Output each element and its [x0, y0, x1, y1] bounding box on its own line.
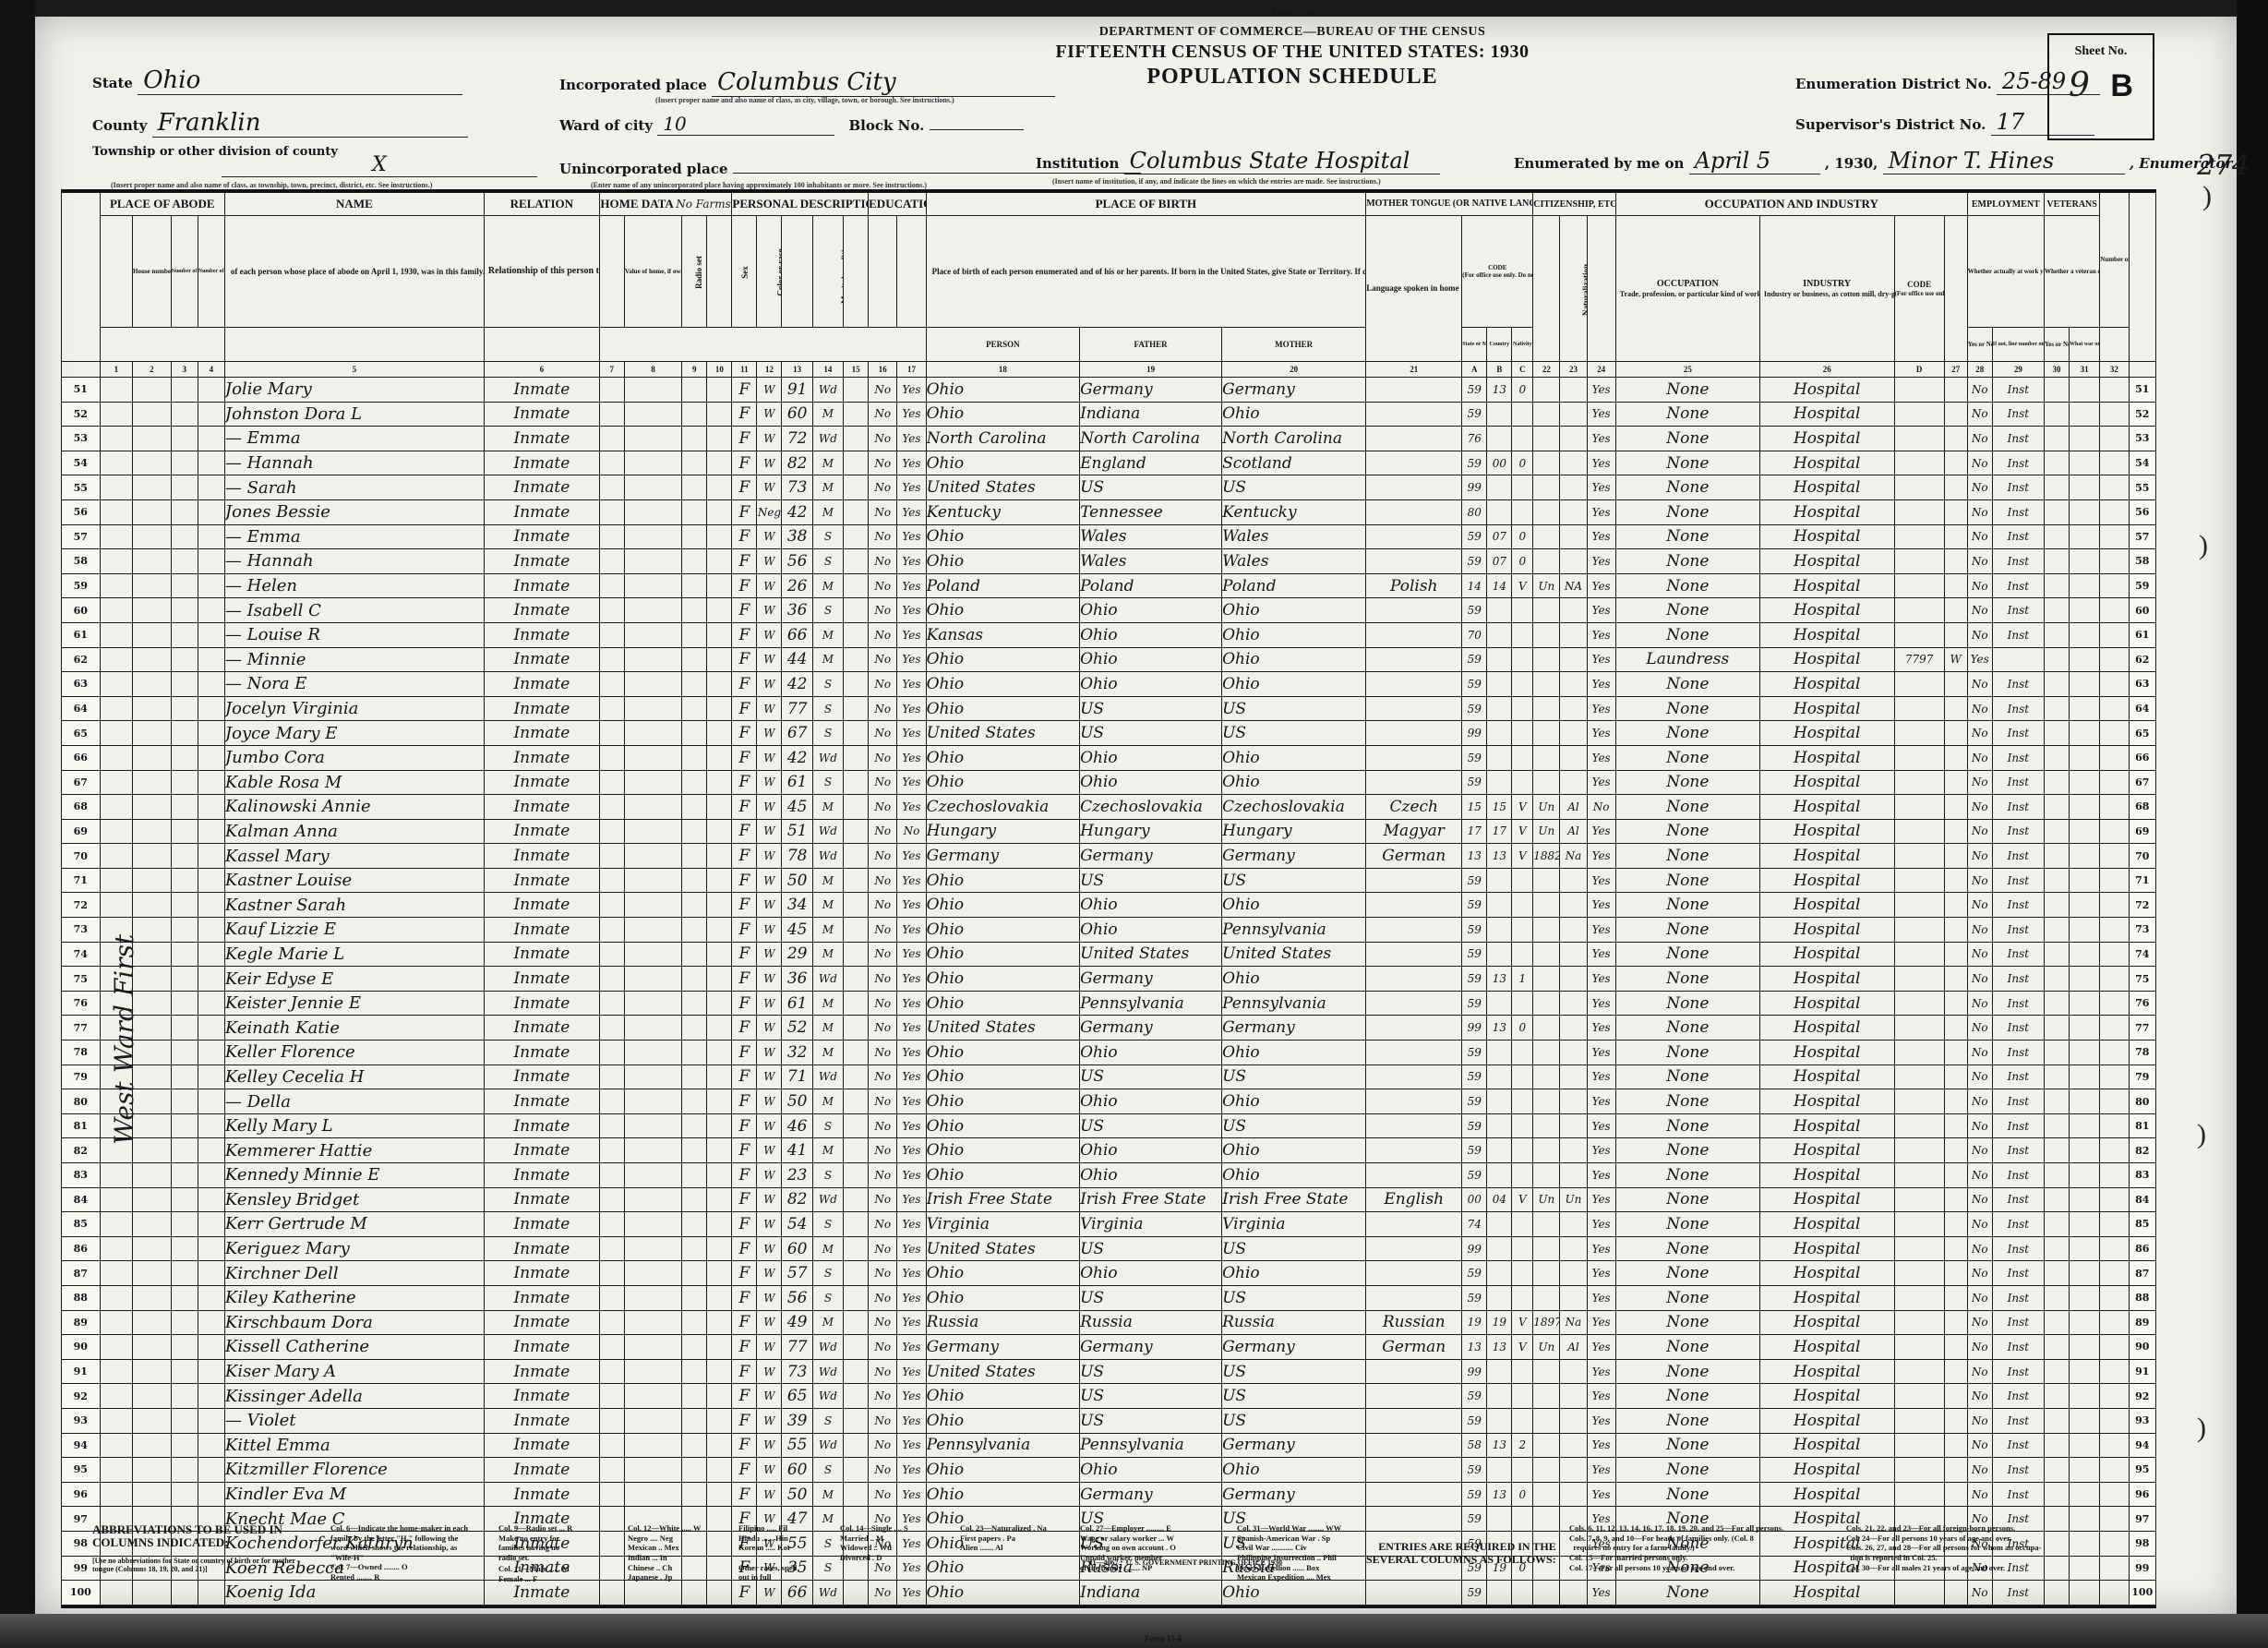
at-work-cell: No	[1967, 451, 1992, 475]
naturalization-cell	[1560, 475, 1587, 500]
naturalization-cell	[1560, 1163, 1587, 1188]
office-code-cell	[1894, 1187, 1944, 1212]
war-cell	[2069, 1065, 2099, 1089]
father-birthplace-cell: Pennsylvania	[1080, 1433, 1222, 1458]
read-write-cell: Yes	[897, 868, 926, 893]
code-a-cell: 80	[1462, 499, 1487, 524]
table-row: 63— Nora EInmateFW42SNoYesOhioOhioOhio59…	[62, 672, 2156, 697]
header-code-title: CODE	[1488, 264, 1506, 271]
column-number: 19	[1080, 362, 1222, 378]
language-cell	[1366, 1482, 1462, 1507]
speak-english-cell: Yes	[1587, 1482, 1615, 1507]
immigration-year-cell: Un	[1533, 1187, 1560, 1212]
header-code-note: (For office use only. Do not write in th…	[1462, 271, 1533, 279]
family-number-cell	[198, 402, 224, 427]
war-cell	[2069, 721, 2099, 746]
office-code-cell	[1894, 1163, 1944, 1188]
age-cell: 44	[782, 647, 812, 672]
dwelling-number-cell	[171, 918, 198, 943]
father-birthplace-cell: Wales	[1080, 549, 1222, 574]
home-owned-cell	[599, 770, 624, 795]
table-row: 93— VioletInmateFW39SNoYesOhioUSUS59YesN…	[62, 1408, 2156, 1433]
column-number: 12	[757, 362, 782, 378]
name-cell: Keriguez Mary	[224, 1236, 484, 1261]
farm-schedule-cell	[2100, 991, 2129, 1016]
industry-cell: Hospital	[1759, 868, 1894, 893]
home-value-cell	[624, 844, 681, 869]
line-number: 74	[62, 942, 101, 967]
table-row: 79Kelley Cecelia HInmateFW71WdNoYesOhioU…	[62, 1065, 2156, 1089]
header-farm-schedule: Number of farm schedule	[2100, 193, 2129, 328]
marital-cell: M	[812, 573, 843, 598]
naturalization-cell	[1560, 721, 1587, 746]
naturalization-cell: Al	[1560, 795, 1587, 820]
home-value-cell	[624, 893, 681, 918]
relation-cell: Inmate	[484, 1163, 599, 1188]
birthplace-cell: Ohio	[926, 402, 1080, 427]
line-number-right: 55	[2129, 475, 2156, 500]
enumeration-district-label: Enumeration District No.	[1795, 76, 1992, 92]
industry-cell: Hospital	[1759, 1261, 1894, 1286]
war-cell	[2069, 1163, 2099, 1188]
sex-cell: F	[732, 1433, 757, 1458]
marital-cell: M	[812, 893, 843, 918]
column-number: B	[1487, 362, 1512, 378]
header-at-work: Yes or No	[1967, 328, 1992, 362]
age-cell: 82	[782, 451, 812, 475]
column-number: 17	[897, 362, 926, 378]
office-code-cell	[1894, 1113, 1944, 1138]
school-cell: No	[869, 573, 897, 598]
read-write-cell: Yes	[897, 918, 926, 943]
column-number: 3	[171, 362, 198, 378]
table-row: 77Keinath KatieInmateFW52MNoYesUnited St…	[62, 1016, 2156, 1041]
immigration-year-cell	[1533, 1113, 1560, 1138]
sex-cell: F	[732, 1261, 757, 1286]
industry-cell: Hospital	[1759, 991, 1894, 1016]
table-row: 57— EmmaInmateFW38SNoYesOhioWalesWales59…	[62, 524, 2156, 549]
code-a-cell: 59	[1462, 647, 1487, 672]
code-b-cell: 19	[1487, 1310, 1512, 1335]
race-cell: W	[757, 672, 782, 697]
line-number-right: 53	[2129, 427, 2156, 451]
code-c-cell: V	[1512, 1335, 1533, 1360]
age-cell: 45	[782, 918, 812, 943]
home-owned-cell	[599, 598, 624, 623]
department-title: DEPARTMENT OF COMMERCE—BUREAU OF THE CEN…	[1020, 25, 1565, 40]
farm-schedule-cell	[2100, 402, 2129, 427]
relation-cell: Inmate	[484, 1187, 599, 1212]
column-number: 18	[926, 362, 1080, 378]
home-owned-cell	[599, 427, 624, 451]
read-write-cell: Yes	[897, 1065, 926, 1089]
occupation-cell: None	[1615, 868, 1759, 893]
family-number-cell	[198, 672, 224, 697]
occupation-cell: None	[1615, 1138, 1759, 1163]
age-cell: 60	[782, 1236, 812, 1261]
radio-cell	[682, 1285, 707, 1310]
veteran-cell	[2044, 745, 2069, 770]
veteran-cell	[2044, 622, 2069, 647]
unemployment-line-cell: Inst	[1992, 770, 2044, 795]
code-c-cell	[1512, 1041, 1533, 1065]
farm-schedule-cell	[2100, 1212, 2129, 1237]
code-b-cell	[1487, 868, 1512, 893]
marital-cell: S	[812, 1163, 843, 1188]
age-first-marriage-cell	[844, 524, 869, 549]
unemployment-line-cell: Inst	[1992, 1458, 2044, 1483]
veteran-cell	[2044, 1041, 2069, 1065]
read-write-cell: Yes	[897, 696, 926, 721]
header-name: of each person whose place of abode on A…	[224, 216, 484, 328]
age-cell: 54	[782, 1212, 812, 1237]
immigration-year-cell	[1533, 1458, 1560, 1483]
at-work-cell: No	[1967, 1458, 1992, 1483]
home-owned-cell	[599, 868, 624, 893]
home-value-cell	[624, 499, 681, 524]
race-cell: W	[757, 819, 782, 844]
radio-cell	[682, 1236, 707, 1261]
header-sex: Sex	[732, 216, 757, 328]
at-work-cell: No	[1967, 819, 1992, 844]
column-number: 14	[812, 362, 843, 378]
immigration-year-cell	[1533, 1065, 1560, 1089]
age-first-marriage-cell	[844, 647, 869, 672]
street-cell	[100, 819, 132, 844]
age-cell: 45	[782, 795, 812, 820]
speak-english-cell: Yes	[1587, 573, 1615, 598]
veteran-cell	[2044, 1458, 2069, 1483]
column-number: 20	[1222, 362, 1366, 378]
column-number: C	[1512, 362, 1533, 378]
name-cell: Kastner Sarah	[224, 893, 484, 918]
header-naturalization-label: Naturalization	[1581, 264, 1587, 316]
school-cell: No	[869, 770, 897, 795]
column-number: 16	[869, 362, 897, 378]
farm-cell	[707, 1285, 732, 1310]
age-first-marriage-cell	[844, 499, 869, 524]
naturalization-cell	[1560, 647, 1587, 672]
immigration-year-cell	[1533, 1138, 1560, 1163]
industry-cell: Hospital	[1759, 1113, 1894, 1138]
block-value	[930, 129, 1024, 130]
line-number-right: 67	[2129, 770, 2156, 795]
immigration-year-cell: Un	[1533, 819, 1560, 844]
speak-english-cell: Yes	[1587, 1138, 1615, 1163]
code-a-cell: 19	[1462, 1310, 1487, 1335]
farm-schedule-cell	[2100, 672, 2129, 697]
family-number-cell	[198, 918, 224, 943]
immigration-year-cell: Un	[1533, 573, 1560, 598]
occupation-cell: None	[1615, 1113, 1759, 1138]
farm-cell	[707, 991, 732, 1016]
institution-value: Columbus State Hospital	[1124, 148, 1440, 174]
farm-schedule-cell	[2100, 745, 2129, 770]
speak-english-cell: Yes	[1587, 451, 1615, 475]
age-cell: 61	[782, 770, 812, 795]
war-cell	[2069, 868, 2099, 893]
unemployment-line-cell: Inst	[1992, 1335, 2044, 1360]
immigration-year-cell	[1533, 499, 1560, 524]
code-b-cell	[1487, 1236, 1512, 1261]
margin-annotation: West Ward First	[109, 934, 139, 1145]
radio-cell	[682, 1187, 707, 1212]
township-value: X	[222, 153, 537, 177]
marital-cell: S	[812, 1285, 843, 1310]
office-code-cell	[1894, 1236, 1944, 1261]
code-a-cell: 59	[1462, 1458, 1487, 1483]
school-cell: No	[869, 1458, 897, 1483]
age-cell: 65	[782, 1384, 812, 1409]
immigration-year-cell	[1533, 1433, 1560, 1458]
industry-cell: Hospital	[1759, 475, 1894, 500]
line-number-right: 87	[2129, 1261, 2156, 1286]
code-c-cell	[1512, 1285, 1533, 1310]
group-citizenship: CITIZENSHIP, ETC.	[1533, 193, 1616, 216]
farm-cell	[707, 795, 732, 820]
code-b-cell: 13	[1487, 844, 1512, 869]
name-cell: Joyce Mary E	[224, 721, 484, 746]
street-cell	[100, 721, 132, 746]
column-number: 23	[1560, 362, 1587, 378]
father-birthplace-cell: Germany	[1080, 378, 1222, 403]
home-value-cell	[624, 868, 681, 893]
header-mother: MOTHER	[1222, 328, 1366, 362]
race-cell: W	[757, 918, 782, 943]
race-cell: W	[757, 1089, 782, 1114]
table-row: 54— HannahInmateFW82MNoYesOhioEnglandSco…	[62, 451, 2156, 475]
home-value-cell	[624, 770, 681, 795]
age-cell: 36	[782, 598, 812, 623]
industry-cell: Hospital	[1759, 427, 1894, 451]
header-code: CODE(For office use only. Do not write i…	[1462, 216, 1533, 328]
line-number-right: 62	[2129, 647, 2156, 672]
race-cell: W	[757, 402, 782, 427]
father-birthplace-cell: US	[1080, 1236, 1222, 1261]
mother-birthplace-cell: US	[1222, 721, 1366, 746]
sex-cell: F	[732, 378, 757, 403]
street-cell	[100, 598, 132, 623]
mother-birthplace-cell: Pennsylvania	[1222, 918, 1366, 943]
code-b-cell	[1487, 745, 1512, 770]
war-cell	[2069, 1236, 2099, 1261]
war-cell	[2069, 499, 2099, 524]
column-number: 26	[1759, 362, 1894, 378]
printer-name: U. S. GOVERNMENT PRINTING OFFICE 1930	[1126, 1558, 1282, 1567]
line-number-right: 91	[2129, 1359, 2156, 1384]
mother-birthplace-cell: Germany	[1222, 1335, 1366, 1360]
radio-cell	[682, 573, 707, 598]
at-work-cell: No	[1967, 967, 1992, 992]
radio-cell	[682, 1041, 707, 1065]
industry-cell: Hospital	[1759, 1041, 1894, 1065]
line-number-header	[62, 193, 101, 362]
name-cell: Jolie Mary	[224, 378, 484, 403]
language-cell	[1366, 378, 1462, 403]
name-cell: Kiley Katherine	[224, 1285, 484, 1310]
at-work-cell: No	[1967, 721, 1992, 746]
farm-schedule-cell	[2100, 918, 2129, 943]
language-cell	[1366, 475, 1462, 500]
class-of-worker-cell	[1944, 770, 1967, 795]
industry-cell: Hospital	[1759, 672, 1894, 697]
margin-bracket: )	[2197, 1413, 2206, 1444]
sex-cell: F	[732, 1187, 757, 1212]
sex-cell: F	[732, 1335, 757, 1360]
code-a-cell: 59	[1462, 672, 1487, 697]
war-cell	[2069, 1261, 2099, 1286]
family-number-cell	[198, 1285, 224, 1310]
relation-cell: Inmate	[484, 1138, 599, 1163]
war-cell	[2069, 991, 2099, 1016]
at-work-cell: No	[1967, 795, 1992, 820]
home-owned-cell	[599, 378, 624, 403]
war-cell	[2069, 770, 2099, 795]
naturalization-cell	[1560, 942, 1587, 967]
mother-birthplace-cell: Germany	[1222, 1482, 1366, 1507]
school-cell: No	[869, 1310, 897, 1335]
family-number-cell	[198, 745, 224, 770]
dwelling-number-cell	[171, 1408, 198, 1433]
age-cell: 23	[782, 1163, 812, 1188]
war-cell	[2069, 795, 2099, 820]
immigration-year-cell	[1533, 918, 1560, 943]
at-work-cell: No	[1967, 770, 1992, 795]
naturalization-cell	[1560, 1138, 1587, 1163]
class-of-worker-cell	[1944, 1458, 1967, 1483]
office-code-cell	[1894, 1041, 1944, 1065]
header-marital-label: Marital condition	[840, 241, 844, 304]
header-employment-note: Whether actually at work yesterday (or t…	[1967, 216, 2044, 328]
code-b-cell: 00	[1487, 451, 1512, 475]
name-cell: Kegle Marie L	[224, 942, 484, 967]
line-number: 76	[62, 991, 101, 1016]
father-birthplace-cell: US	[1080, 1065, 1222, 1089]
war-cell	[2069, 573, 2099, 598]
line-number-right: 66	[2129, 745, 2156, 770]
birthplace-cell: Ohio	[926, 1458, 1080, 1483]
immigration-year-cell	[1533, 1212, 1560, 1237]
speak-english-cell: Yes	[1587, 868, 1615, 893]
occupation-cell: None	[1615, 1212, 1759, 1237]
father-birthplace-cell: Russia	[1080, 1310, 1222, 1335]
father-birthplace-cell: Ohio	[1080, 1163, 1222, 1188]
header-radio-set-label: Radio set	[694, 256, 703, 289]
code-c-cell	[1512, 1261, 1533, 1286]
naturalization-cell	[1560, 427, 1587, 451]
language-cell	[1366, 622, 1462, 647]
read-write-cell: Yes	[897, 1482, 926, 1507]
mother-birthplace-cell: Kentucky	[1222, 499, 1366, 524]
marital-cell: Wd	[812, 1384, 843, 1409]
veteran-cell	[2044, 1384, 2069, 1409]
relation-cell: Inmate	[484, 427, 599, 451]
birthplace-cell: Ohio	[926, 1285, 1080, 1310]
line-number: 70	[62, 844, 101, 869]
table-row: 55— SarahInmateFW73MNoYesUnited StatesUS…	[62, 475, 2156, 500]
name-cell: Kitzmiller Florence	[224, 1458, 484, 1483]
school-cell: No	[869, 378, 897, 403]
birthplace-cell: Ohio	[926, 1113, 1080, 1138]
immigration-year-cell	[1533, 868, 1560, 893]
farm-cell	[707, 427, 732, 451]
column-number: 4	[198, 362, 224, 378]
age-first-marriage-cell	[844, 1089, 869, 1114]
group-name: NAME	[224, 193, 484, 216]
speak-english-cell: Yes	[1587, 524, 1615, 549]
home-value-cell	[624, 402, 681, 427]
birthplace-cell: Ohio	[926, 967, 1080, 992]
mother-birthplace-cell: Scotland	[1222, 451, 1366, 475]
colnum-spacer	[62, 362, 101, 378]
read-write-cell: Yes	[897, 844, 926, 869]
radio-cell	[682, 549, 707, 574]
relation-cell: Inmate	[484, 991, 599, 1016]
code-c-cell	[1512, 1212, 1533, 1237]
at-work-cell: No	[1967, 1016, 1992, 1041]
home-owned-cell	[599, 402, 624, 427]
farm-schedule-cell	[2100, 1016, 2129, 1041]
sex-cell: F	[732, 1065, 757, 1089]
age-first-marriage-cell	[844, 1113, 869, 1138]
farm-cell	[707, 770, 732, 795]
class-of-worker-cell: W	[1944, 647, 1967, 672]
header-dwelling-number: Number of dwelling house in order of vis…	[171, 216, 198, 328]
marital-cell: M	[812, 795, 843, 820]
marital-cell: Wd	[812, 427, 843, 451]
code-a-cell: 59	[1462, 378, 1487, 403]
race-cell: W	[757, 524, 782, 549]
table-row: 62— MinnieInmateFW44MNoYesOhioOhioOhio59…	[62, 647, 2156, 672]
farm-cell	[707, 1041, 732, 1065]
war-cell	[2069, 918, 2099, 943]
incorporated-place-label: Incorporated place	[559, 77, 707, 93]
war-cell	[2069, 524, 2099, 549]
mother-birthplace-cell: US	[1222, 1065, 1366, 1089]
marital-cell: M	[812, 1089, 843, 1114]
code-c-cell	[1512, 427, 1533, 451]
house-number-cell	[133, 1335, 172, 1360]
line-number-right: 68	[2129, 795, 2156, 820]
veteran-cell	[2044, 378, 2069, 403]
class-of-worker-cell	[1944, 524, 1967, 549]
dwelling-number-cell	[171, 868, 198, 893]
unemployment-line-cell: Inst	[1992, 1261, 2044, 1286]
veteran-cell	[2044, 819, 2069, 844]
code-b-cell	[1487, 1089, 1512, 1114]
age-first-marriage-cell	[844, 893, 869, 918]
war-cell	[2069, 451, 2099, 475]
house-number-cell	[133, 647, 172, 672]
farm-schedule-cell	[2100, 1065, 2129, 1089]
farm-cell	[707, 893, 732, 918]
farm-schedule-cell	[2100, 622, 2129, 647]
home-value-cell	[624, 622, 681, 647]
veteran-cell	[2044, 942, 2069, 967]
street-cell	[100, 1261, 132, 1286]
age-first-marriage-cell	[844, 451, 869, 475]
naturalization-cell	[1560, 1065, 1587, 1089]
birthplace-cell: United States	[926, 1016, 1080, 1041]
naturalization-cell	[1560, 893, 1587, 918]
farm-schedule-cell	[2100, 819, 2129, 844]
naturalization-cell	[1560, 378, 1587, 403]
family-number-cell	[198, 1408, 224, 1433]
relation-cell: Inmate	[484, 647, 599, 672]
class-of-worker-cell	[1944, 1310, 1967, 1335]
radio-cell	[682, 622, 707, 647]
race-cell: W	[757, 1458, 782, 1483]
